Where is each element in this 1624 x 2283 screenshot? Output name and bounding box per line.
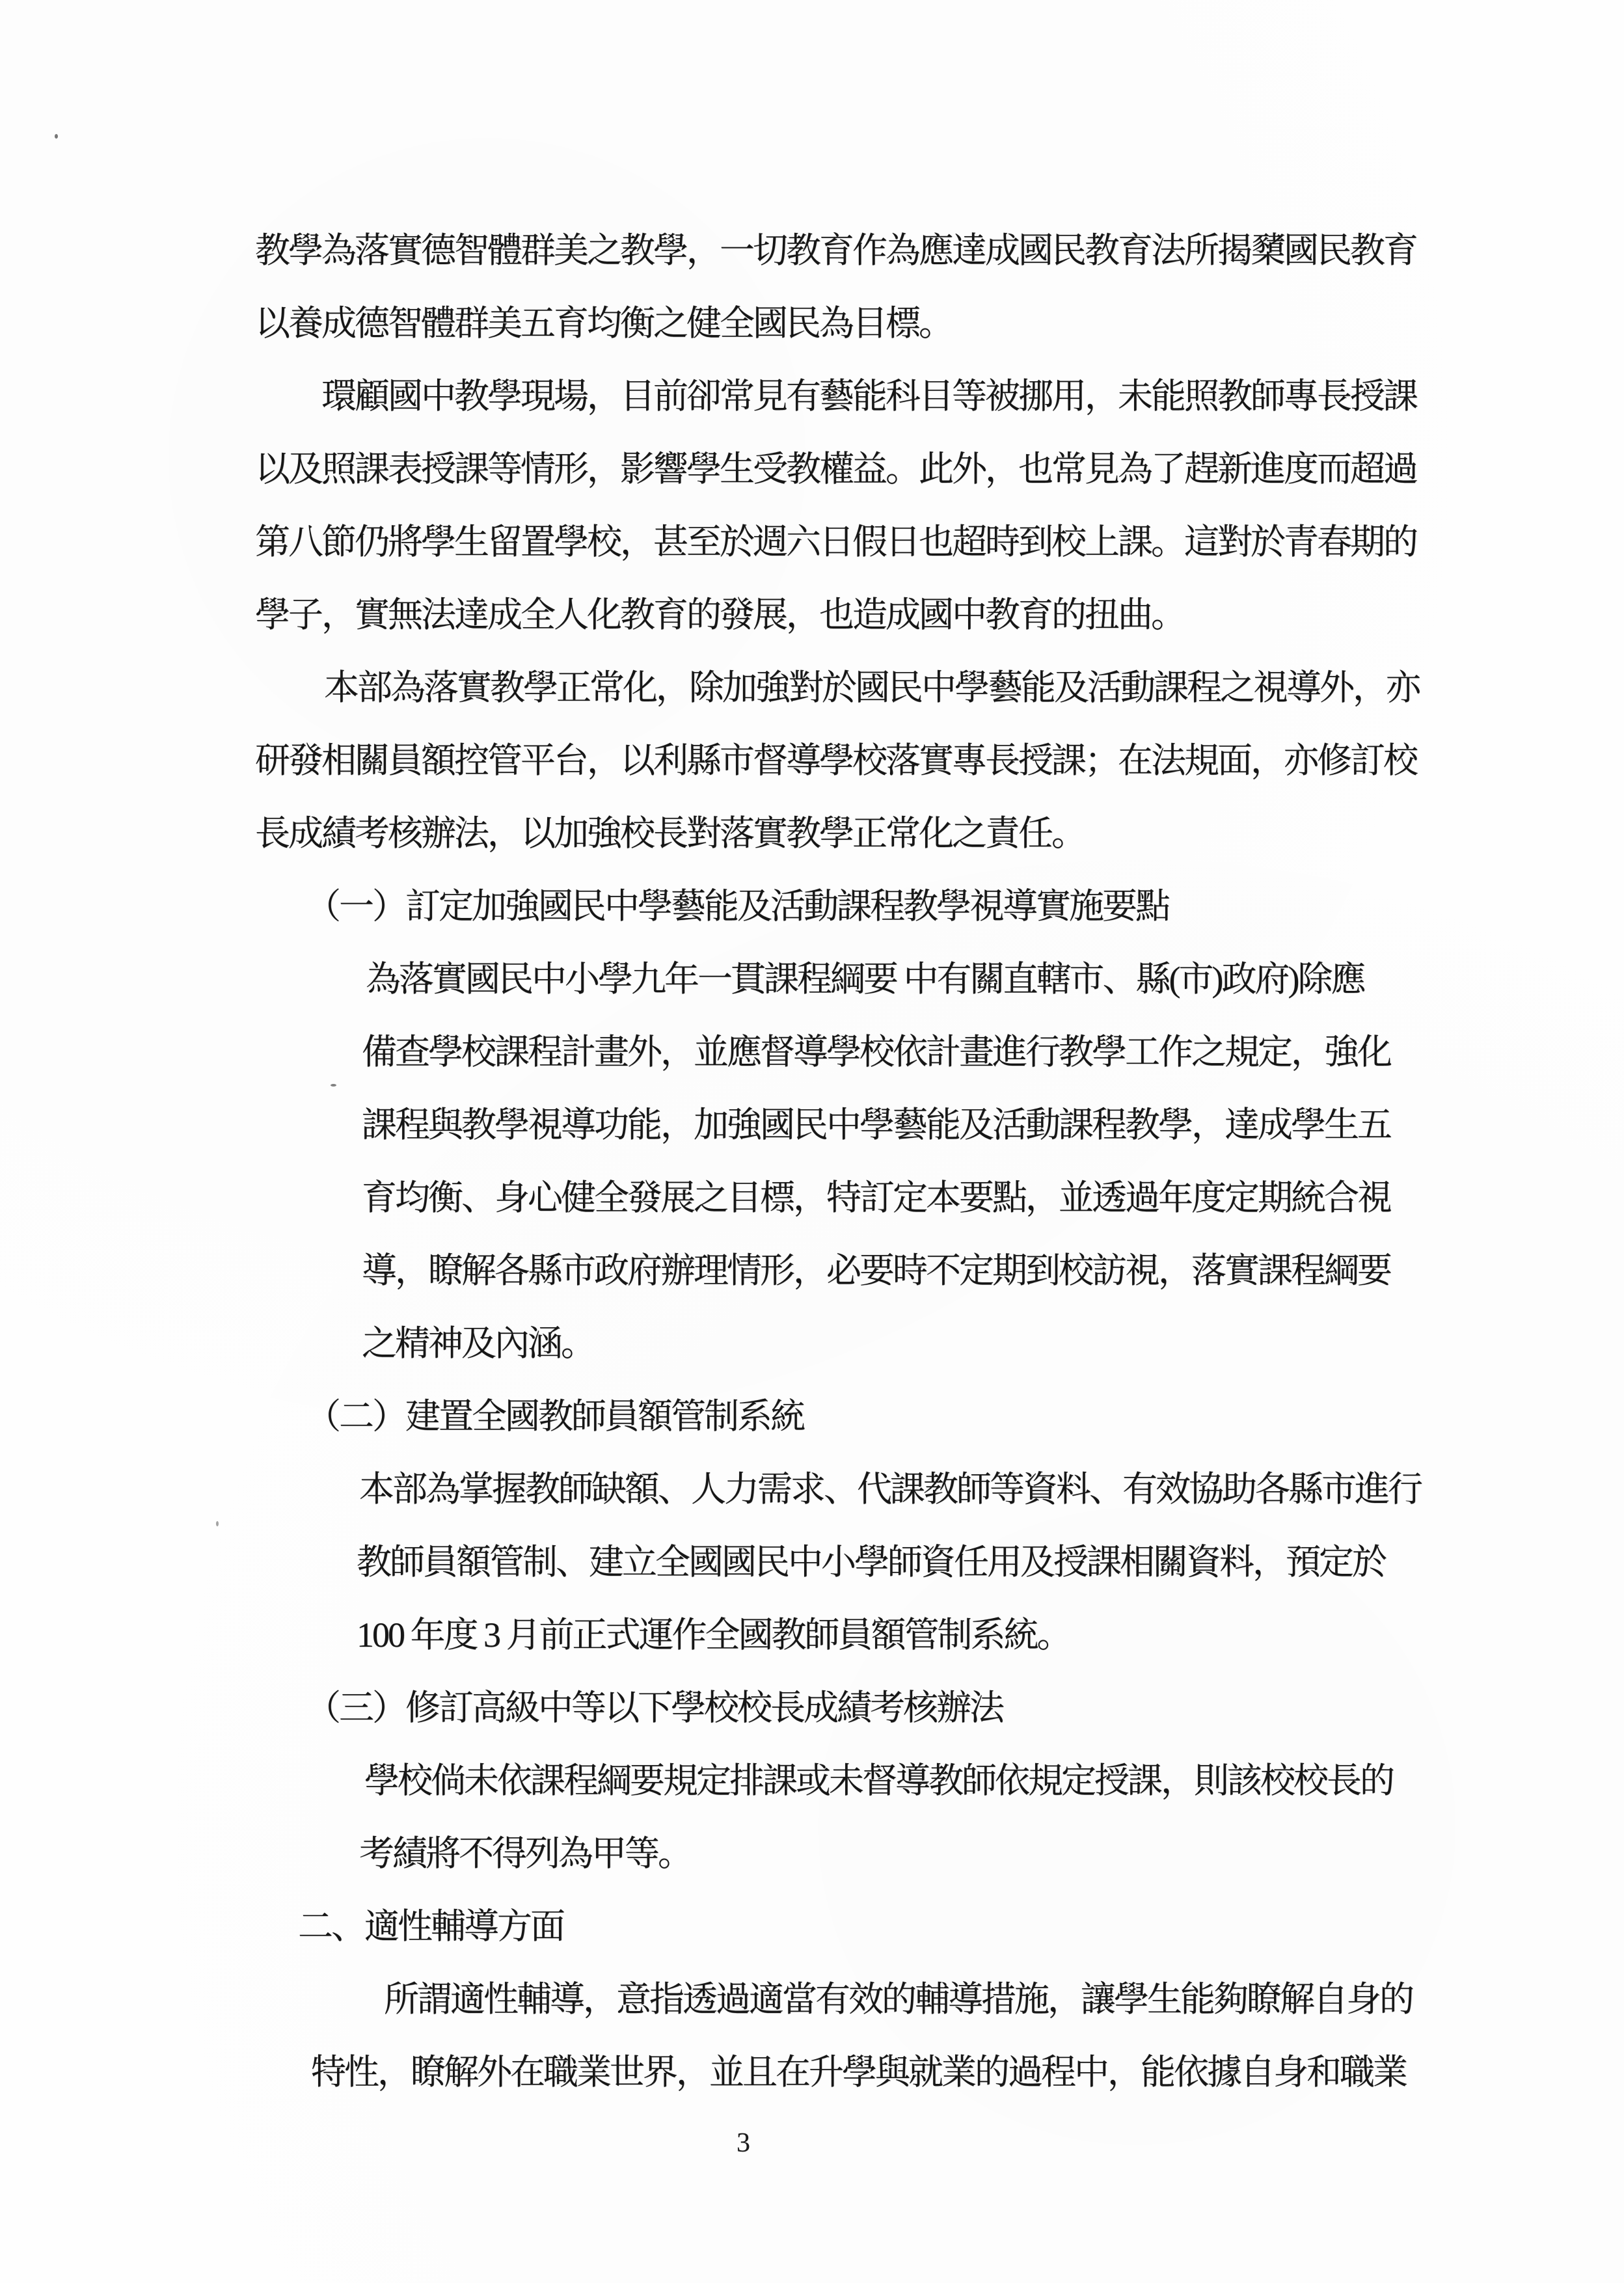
list-item-heading-2: （二）建置全國教師員額管制系統 (306, 1395, 804, 1438)
paragraph-line: 育均衡、身心健全發展之目標，特訂定本要點，並透過年度定期統合視 (362, 1176, 1390, 1219)
paragraph-line: 以及照課表授課等情形，影響學生受教權益。此外，也常見為了趕新進度而超過 (255, 448, 1416, 491)
scan-speck (331, 1084, 336, 1087)
paragraph-line: 教學為落實德智體群美之教學，一切教育作為應達成國民教育法所揭櫫國民教育 (255, 229, 1416, 272)
paragraph-line: 導，瞭解各縣市政府辦理情形，必要時不定期到校訪視，落實課程綱要 (362, 1249, 1390, 1292)
list-item-heading-1: （一）訂定加強國民中學藝能及活動課程教學視導實施要點 (306, 885, 1169, 928)
paragraph-line: 研發相關員額控管平台，以利縣市督導學校落實專長授課；在法規面，亦修訂校 (255, 739, 1416, 782)
paragraph-line: 學子，實無法達成全人化教育的發展，也造成國中教育的扭曲。 (255, 593, 1184, 636)
scan-speck (216, 1521, 219, 1526)
paragraph-line: 本部為落實教學正常化，除加強對於國民中學藝能及活動課程之視導外，亦 (324, 666, 1419, 709)
paragraph-line: 為落實國民中小學九年一貫課程綱要 中有關直轄市、縣(市)政府)除應 (366, 958, 1364, 1001)
list-item-heading-3: （三）修訂高級中等以下學校校長成績考核辦法 (306, 1686, 1003, 1729)
paragraph-line: 教師員額管制、建立全國國民中小學師資任用及授課相關資料，預定於 (357, 1541, 1385, 1584)
paragraph-line: 長成績考核辦法，以加強校長對落實教學正常化之責任。 (255, 812, 1085, 855)
paragraph-line: 本部為掌握教師缺額、人力需求、代課教師等資料、有效協助各縣市進行 (359, 1468, 1421, 1511)
paragraph-line: 學校倘未依課程綱要規定排課或未督導教師依規定授課，則該校校長的 (364, 1759, 1393, 1802)
paragraph-line: 所謂適性輔導，意指透過適當有效的輔導措施，讓學生能夠瞭解自身的 (384, 1978, 1413, 2021)
paragraph-line: 課程與教學視導功能，加強國民中學藝能及活動課程教學，達成學生五 (362, 1103, 1390, 1146)
scan-speck (55, 134, 58, 139)
paragraph-line: 第八節仍將學生留置學校，甚至於週六日假日也超時到校上課。這對於青春期的 (255, 520, 1416, 563)
paragraph-line: 考績將不得列為甲等。 (359, 1832, 691, 1875)
paragraph-line: 備查學校課程計畫外，並應督導學校依計畫進行教學工作之規定，強化 (362, 1031, 1390, 1074)
page-number: 3 (737, 2128, 750, 2159)
paragraph-line: 以養成德智體群美五育均衡之健全國民為目標。 (255, 302, 952, 345)
paragraph-line: 100 年度 3 月前正式運作全國教師員額管制系統。 (357, 1614, 1070, 1656)
paragraph-line: 之精神及內涵。 (362, 1322, 594, 1365)
paragraph-line: 特性，瞭解外在職業世界，並且在升學與就業的過程中，能依據自身和職業 (311, 2051, 1406, 2094)
paragraph-line: 環顧國中教學現場，目前卻常見有藝能科目等被挪用，未能照教師專長授課 (321, 375, 1416, 418)
section-heading-2: 二、適性輔導方面 (298, 1905, 563, 1948)
scanned-document-page: 教學為落實德智體群美之教學，一切教育作為應達成國民教育法所揭櫫國民教育 以養成德… (0, 0, 1624, 2283)
